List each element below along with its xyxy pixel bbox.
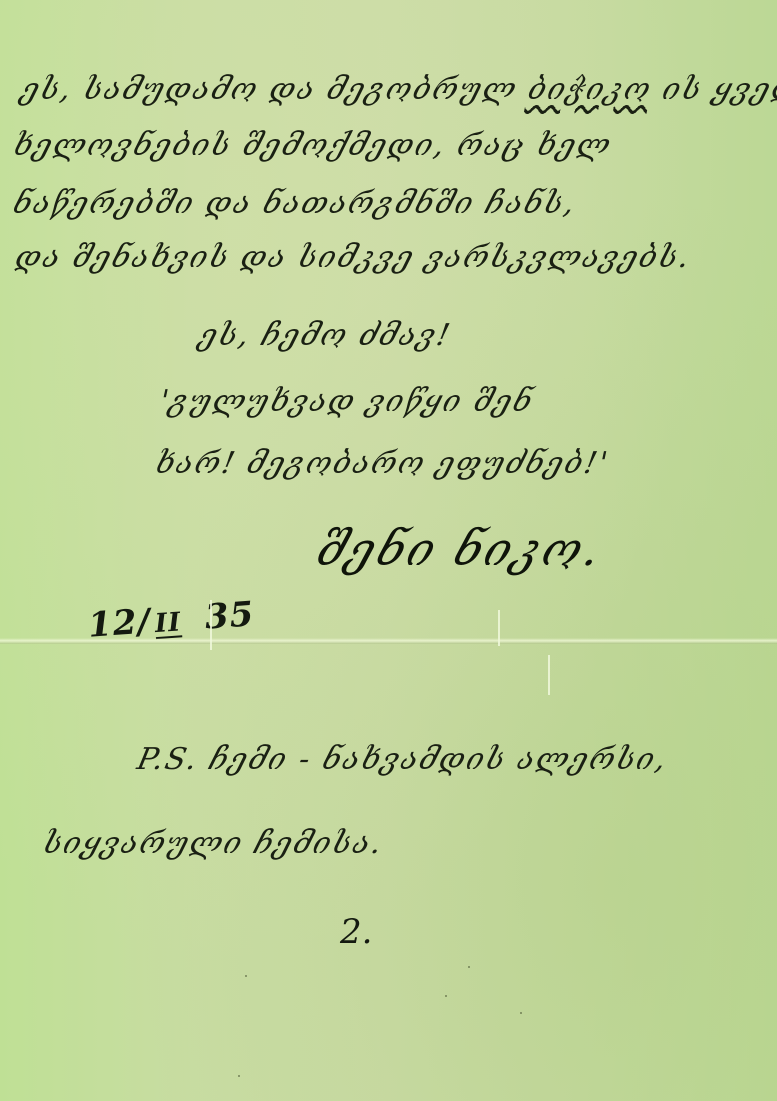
paper-crack: [210, 600, 212, 650]
page-number: 2.: [340, 912, 372, 952]
body-line-1-text: ეს, სამუდამო და მეგობრულ: [18, 72, 521, 107]
letter-page: ეს, სამუდამო და მეგობრულ ბიჭიკო ის ყველ.…: [0, 0, 777, 1101]
underlined-word: ბიჭიკო: [525, 72, 655, 107]
body-line-3: ნაწერებში და ნათარგმნში ჩანს,: [10, 186, 580, 221]
body-line-1: ეს, სამუდამო და მეგობრულ ბიჭიკო ის ყველ.: [18, 72, 777, 107]
greeting-line-2: 'გულუხვად ვიწყი შენ: [156, 384, 537, 419]
postscript-line-2: სიყვარული ჩემისა.: [40, 826, 387, 861]
paper-crack: [548, 655, 550, 695]
body-line-1-tail: ის ყველ.: [659, 72, 777, 107]
signature: შენი ნიკო.: [311, 522, 609, 576]
body-line-2: ხელოვნების შემოქმედი, რაც ხელ: [10, 128, 615, 163]
paper-speck: [245, 975, 247, 977]
body-line-4: და შენახვის და სიმკვე ვარსკვლავებს.: [12, 240, 694, 275]
date-month: II: [154, 607, 182, 639]
fold-crease: [0, 638, 777, 644]
paper-speck: [445, 995, 447, 997]
greeting-line-3: ხარ! მეგობარო ეფუძნებ!': [152, 446, 612, 481]
postscript-line-1: P.S. ჩემი - ნახვამდის ალერსი,: [134, 742, 671, 777]
paper-speck: [468, 966, 470, 968]
greeting-line-1: ეს, ჩემო ძმავ!: [196, 318, 455, 353]
paper-crack: [498, 610, 500, 646]
paper-speck: [520, 1012, 522, 1014]
paper-speck: [238, 1075, 240, 1077]
